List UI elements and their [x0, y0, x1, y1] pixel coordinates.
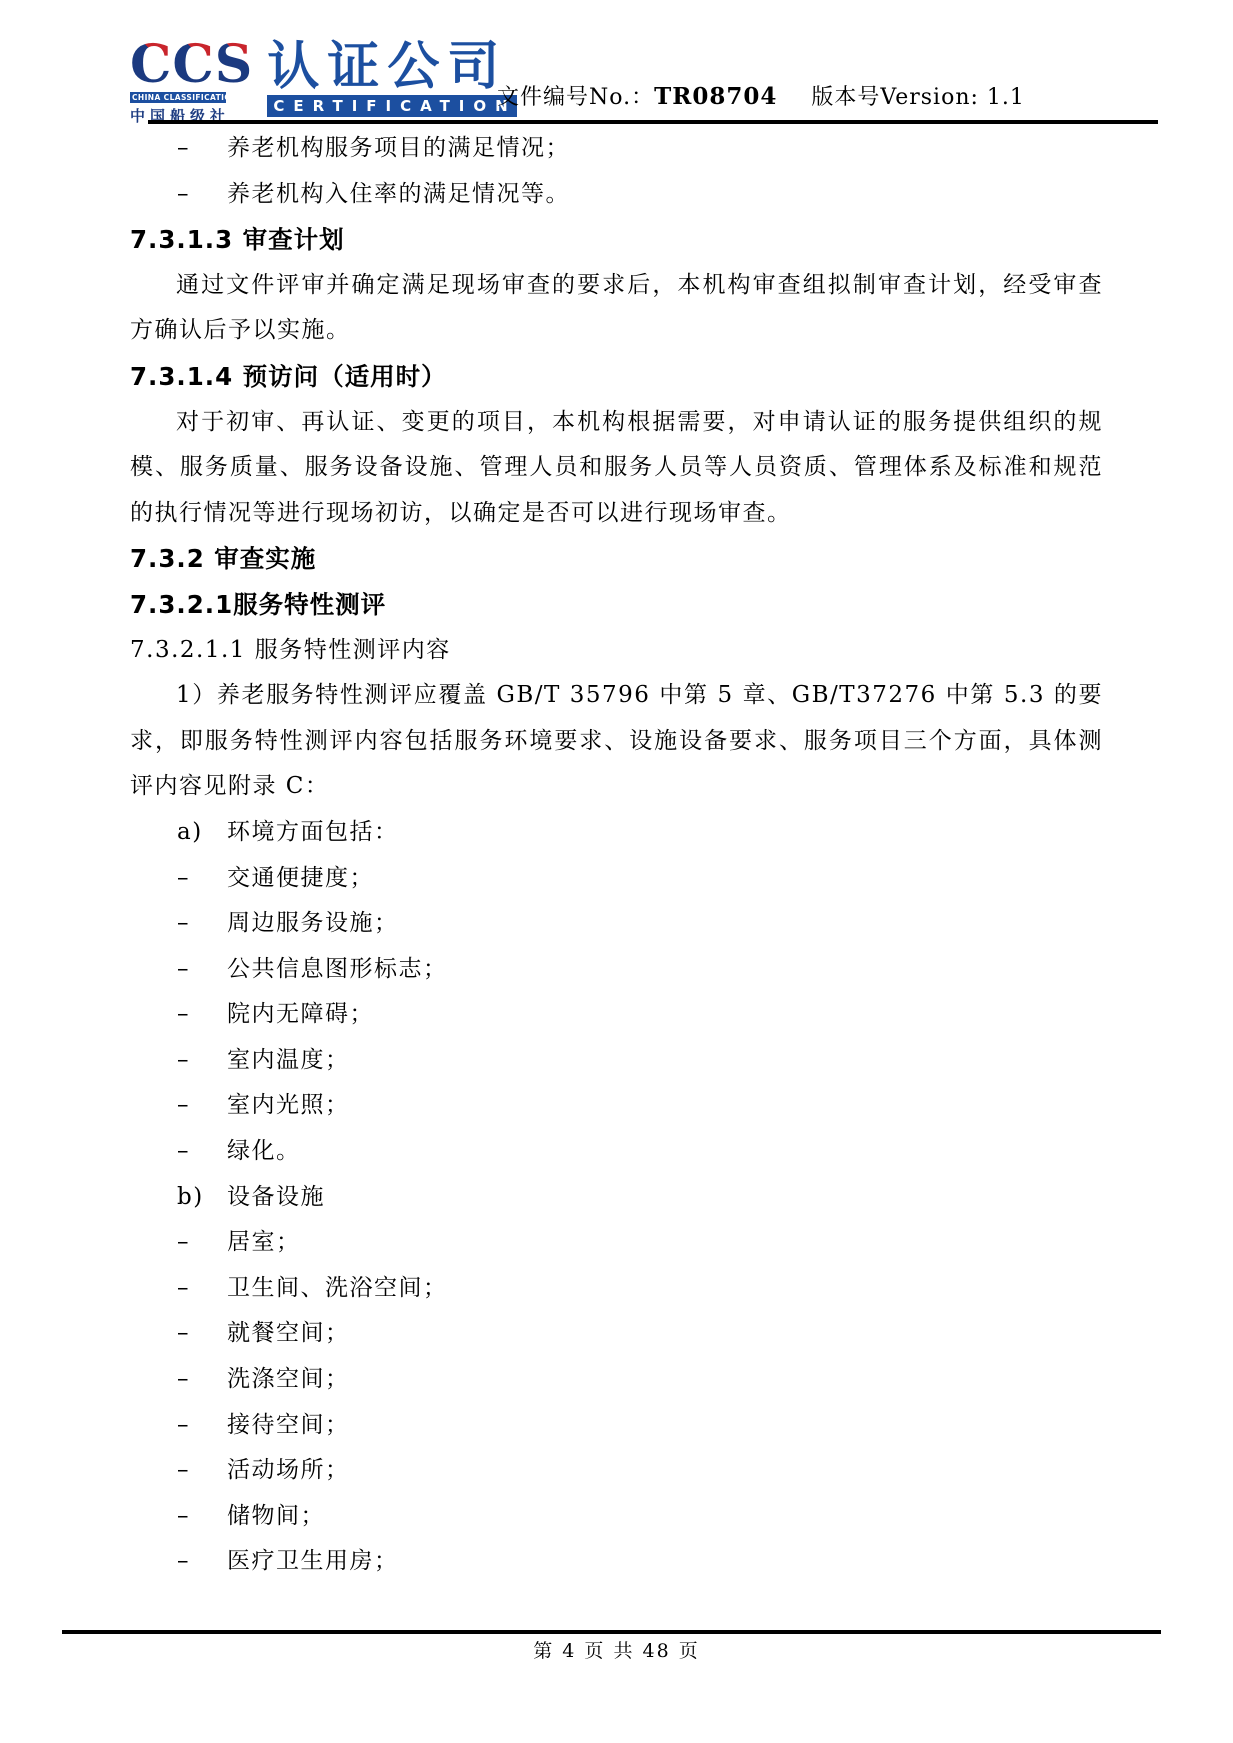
list-item: –接待空间； [130, 1403, 1103, 1449]
logo-brand-name: 认证公司 [267, 40, 516, 94]
list-item: –公共信息图形标志； [130, 947, 1103, 993]
dash-marker: – [177, 1266, 190, 1312]
list-item-text: 居室； [227, 1229, 301, 1255]
sub-section-heading: 7.3.2.1.1 服务特性测评内容 [130, 628, 1103, 674]
paragraph: 通过文件评审并确定满足现场审查的要求后，本机构审查组拟制审查计划，经受审查方确认… [130, 263, 1103, 354]
list-item-text: 绿化。 [227, 1138, 301, 1164]
list-item: –活动场所； [130, 1448, 1103, 1494]
list-item-text: 设备设施 [227, 1184, 325, 1210]
list-item: –养老机构服务项目的满足情况； [130, 126, 1103, 172]
doc-no-label: 文件编号No.： [497, 85, 654, 110]
list-item: –卫生间、洗浴空间； [130, 1266, 1103, 1312]
dash-marker: – [177, 901, 190, 947]
ccs-logo-text: CCS [130, 40, 253, 90]
section-heading: 7.3.1.3 审查计划 [130, 217, 1103, 263]
section-heading: 7.3.1.4 预访问（适用时） [130, 354, 1103, 400]
list-item-text: 院内无障碍； [227, 1001, 374, 1027]
list-item: –就餐空间； [130, 1311, 1103, 1357]
list-item: –交通便捷度； [130, 856, 1103, 902]
ccs-society-banner: CHINA CLASSIFICATION SOCIETY [130, 92, 226, 103]
dash-marker: – [177, 1220, 190, 1266]
page-number: 第 4 页 共 48 页 [0, 1636, 1233, 1663]
dash-marker: – [177, 1083, 190, 1129]
document-body: –养老机构服务项目的满足情况； –养老机构入住率的满足情况等。 7.3.1.3 … [130, 126, 1103, 1585]
list-item-text: 交通便捷度； [227, 865, 374, 891]
paragraph: 对于初审、再认证、变更的项目，本机构根据需要，对申请认证的服务提供组织的规模、服… [130, 400, 1103, 537]
list-item: –医疗卫生用房； [130, 1539, 1103, 1585]
list-item-text: 室内温度； [227, 1047, 350, 1073]
page-header: CCS CHINA CLASSIFICATION SOCIETY 中国船级社 认… [0, 0, 1233, 124]
dash-marker: – [177, 1311, 190, 1357]
dash-marker: – [177, 172, 190, 218]
list-item-text: 卫生间、洗浴空间； [227, 1275, 448, 1301]
dash-marker: – [177, 1494, 190, 1540]
dash-marker: – [177, 1129, 190, 1175]
dash-marker: – [177, 1038, 190, 1084]
list-item: –洗涤空间； [130, 1357, 1103, 1403]
dash-marker: – [177, 992, 190, 1038]
list-item-text: 养老机构服务项目的满足情况； [227, 135, 570, 161]
list-item: –室内光照； [130, 1083, 1103, 1129]
ccs-letter: S [215, 34, 254, 95]
list-item-text: 养老机构入住率的满足情况等。 [227, 181, 570, 207]
ccs-letter: C [130, 34, 172, 95]
list-item: –养老机构入住率的满足情况等。 [130, 172, 1103, 218]
list-item: –室内温度； [130, 1038, 1103, 1084]
list-item: –储物间； [130, 1494, 1103, 1540]
list-item-text: 接待空间； [227, 1412, 350, 1438]
list-item: –绿化。 [130, 1129, 1103, 1175]
alpha-marker: b) [177, 1175, 204, 1221]
list-item-text: 储物间； [227, 1503, 325, 1529]
dash-marker: – [177, 126, 190, 172]
section-heading: 7.3.2.1服务特性测评 [130, 582, 1103, 628]
alpha-marker: a) [177, 810, 203, 856]
dash-marker: – [177, 947, 190, 993]
dash-marker: – [177, 856, 190, 902]
version-label: 版本号Version: [811, 85, 987, 110]
version-value: 1.1 [987, 85, 1025, 110]
ccs-letter: C [172, 34, 214, 95]
list-item: a)环境方面包括： [130, 810, 1103, 856]
section-heading: 7.3.2 审查实施 [130, 536, 1103, 582]
paragraph: 1）养老服务特性测评应覆盖 GB/T 35796 中第 5 章、GB/T3727… [130, 673, 1103, 810]
header-rule [148, 120, 1158, 124]
list-item: b)设备设施 [130, 1175, 1103, 1221]
ccs-logo-right: 认证公司 CERTIFICATION [267, 40, 516, 117]
list-item: –周边服务设施； [130, 901, 1103, 947]
list-item-text: 医疗卫生用房； [227, 1548, 399, 1574]
dash-marker: – [177, 1357, 190, 1403]
ccs-logo: CCS CHINA CLASSIFICATION SOCIETY 中国船级社 认… [130, 40, 517, 126]
list-item-text: 环境方面包括： [227, 819, 399, 845]
logo-certification-banner: CERTIFICATION [267, 95, 516, 117]
footer-rule [62, 1630, 1161, 1634]
document-info: 文件编号No.：TR08704版本号Version: 1.1 [497, 80, 1025, 111]
list-item: –院内无障碍； [130, 992, 1103, 1038]
list-item-text: 周边服务设施； [227, 910, 399, 936]
list-item-text: 活动场所； [227, 1457, 350, 1483]
doc-no-value: TR08704 [654, 83, 777, 110]
dash-marker: – [177, 1539, 190, 1585]
ccs-logo-left: CCS CHINA CLASSIFICATION SOCIETY 中国船级社 [130, 40, 253, 126]
list-item-text: 室内光照； [227, 1092, 350, 1118]
dash-marker: – [177, 1448, 190, 1494]
dash-marker: – [177, 1403, 190, 1449]
document-page: { "header": { "logo": { "ccs_letters": [… [0, 0, 1233, 1743]
list-item: –居室； [130, 1220, 1103, 1266]
list-item-text: 公共信息图形标志； [227, 956, 448, 982]
list-item-text: 就餐空间； [227, 1320, 350, 1346]
list-item-text: 洗涤空间； [227, 1366, 350, 1392]
